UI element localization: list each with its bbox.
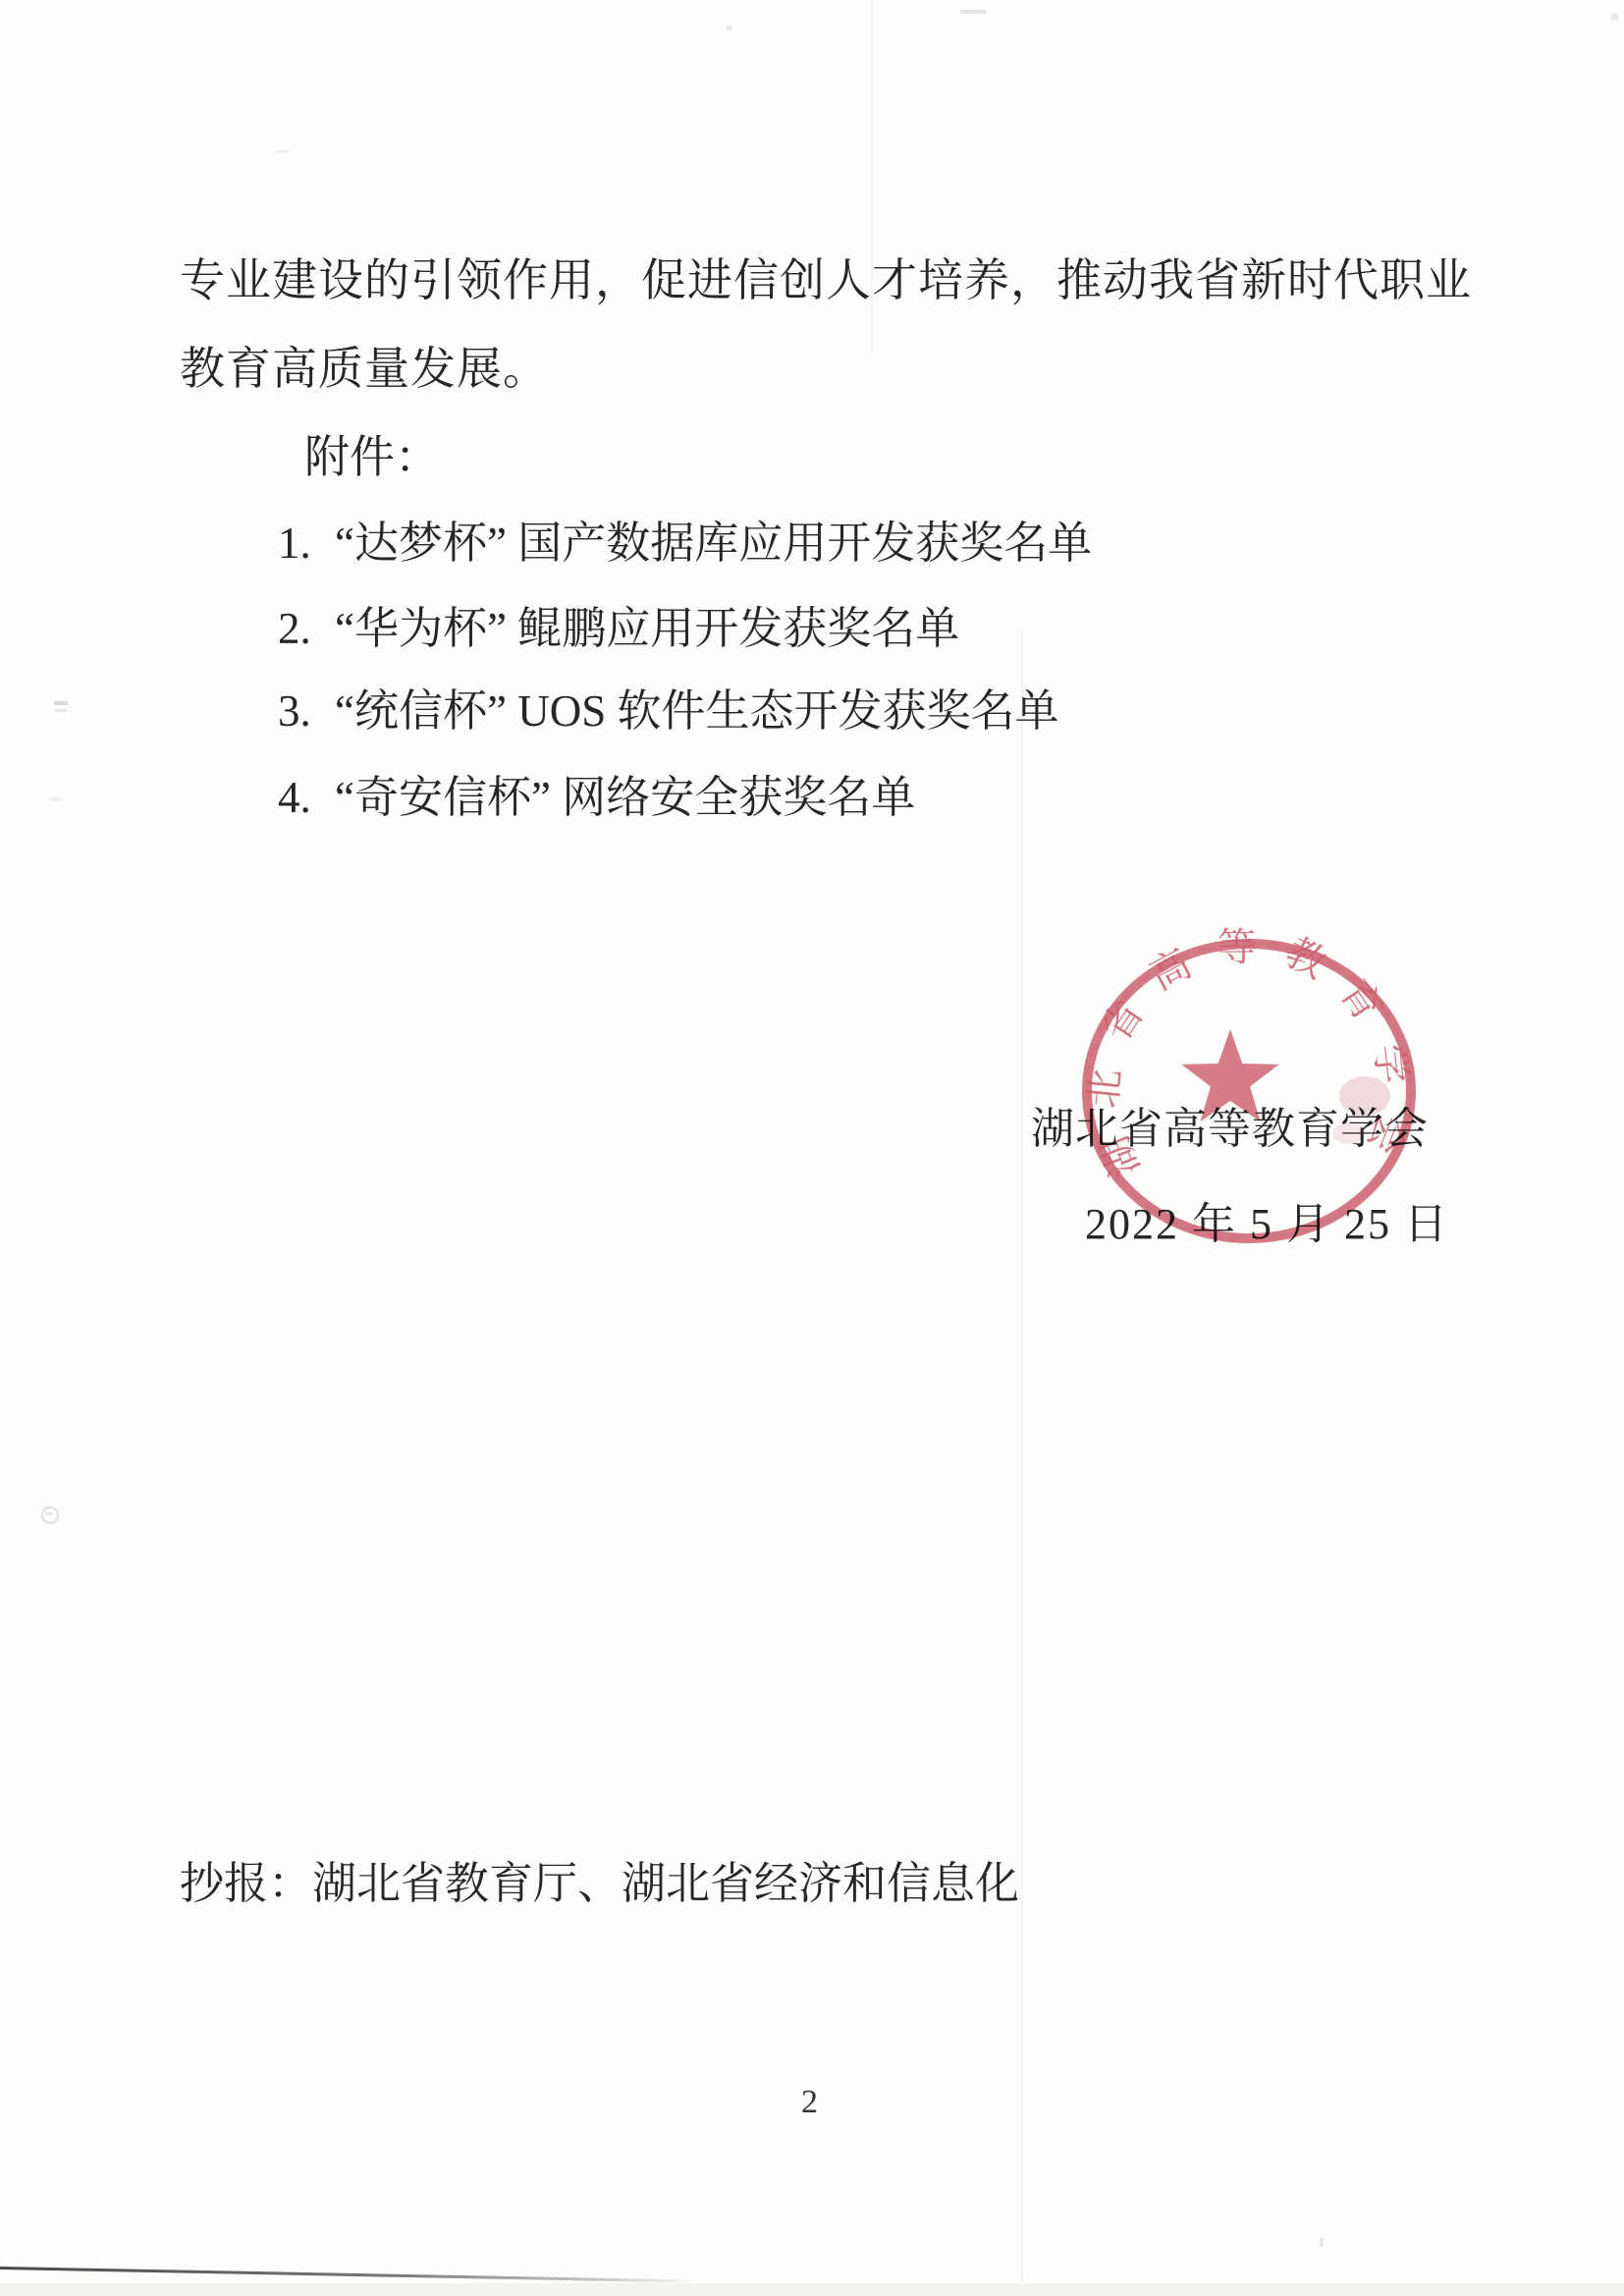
paragraph-line-1: 专业建设的引领作用，促进信创人才培养，推动我省新时代职业 xyxy=(180,258,1472,303)
issuer-signature: 湖北省高等教育学会 xyxy=(1031,1108,1429,1151)
cc-line: 抄报：湖北省教育厅、湖北省经济和信息化 xyxy=(180,1862,1019,1906)
attachment-label: 附件： xyxy=(304,435,440,480)
scan-speck xyxy=(727,26,732,30)
attachment-item-1: 1.“达梦杯” 国产数据库应用开发获奖名单 xyxy=(278,521,1092,566)
scan-speck xyxy=(55,709,67,712)
item-number: 1. xyxy=(278,521,335,566)
scanned-document-page: 专业建设的引领作用，促进信创人才培养，推动我省新时代职业 教育高质量发展。 附件… xyxy=(0,0,1624,2296)
item-text: “达梦杯” 国产数据库应用开发获奖名单 xyxy=(335,519,1092,568)
page-number: 2 xyxy=(801,2086,818,2119)
seal-ring-texture xyxy=(1087,944,1411,1238)
scan-speck xyxy=(41,1506,59,1524)
scan-speck xyxy=(1320,2238,1324,2247)
attachment-item-4: 4.“奇安信杯” 网络安全获奖名单 xyxy=(278,776,915,820)
attachment-item-2: 2.“华为杯” 鲲鹏应用开发获奖名单 xyxy=(278,607,959,651)
scan-line-artifact xyxy=(1021,629,1023,2296)
item-number: 4. xyxy=(278,776,335,820)
paragraph-line-2: 教育高质量发展。 xyxy=(180,347,549,392)
item-text: “奇安信杯” 网络安全获奖名单 xyxy=(335,773,915,822)
seal-ring xyxy=(1087,944,1411,1238)
issue-date: 2022 年 5 月 25 日 xyxy=(1085,1203,1449,1246)
scan-speck xyxy=(275,150,290,153)
item-number: 2. xyxy=(278,607,335,651)
scan-speck xyxy=(51,797,61,801)
scan-speck xyxy=(54,701,68,705)
scan-edge-artifact xyxy=(0,2267,699,2283)
scan-speck xyxy=(1611,14,1618,21)
scan-speck xyxy=(45,1512,53,1515)
item-number: 3. xyxy=(278,689,335,734)
scan-shadow-strip xyxy=(0,2283,1624,2296)
scan-speck xyxy=(960,10,986,14)
item-text: “华为杯” 鲲鹏应用开发获奖名单 xyxy=(335,604,959,653)
attachment-item-3: 3.“统信杯” UOS 软件生态开发获奖名单 xyxy=(278,689,1058,734)
item-text: “统信杯” UOS 软件生态开发获奖名单 xyxy=(335,686,1058,736)
